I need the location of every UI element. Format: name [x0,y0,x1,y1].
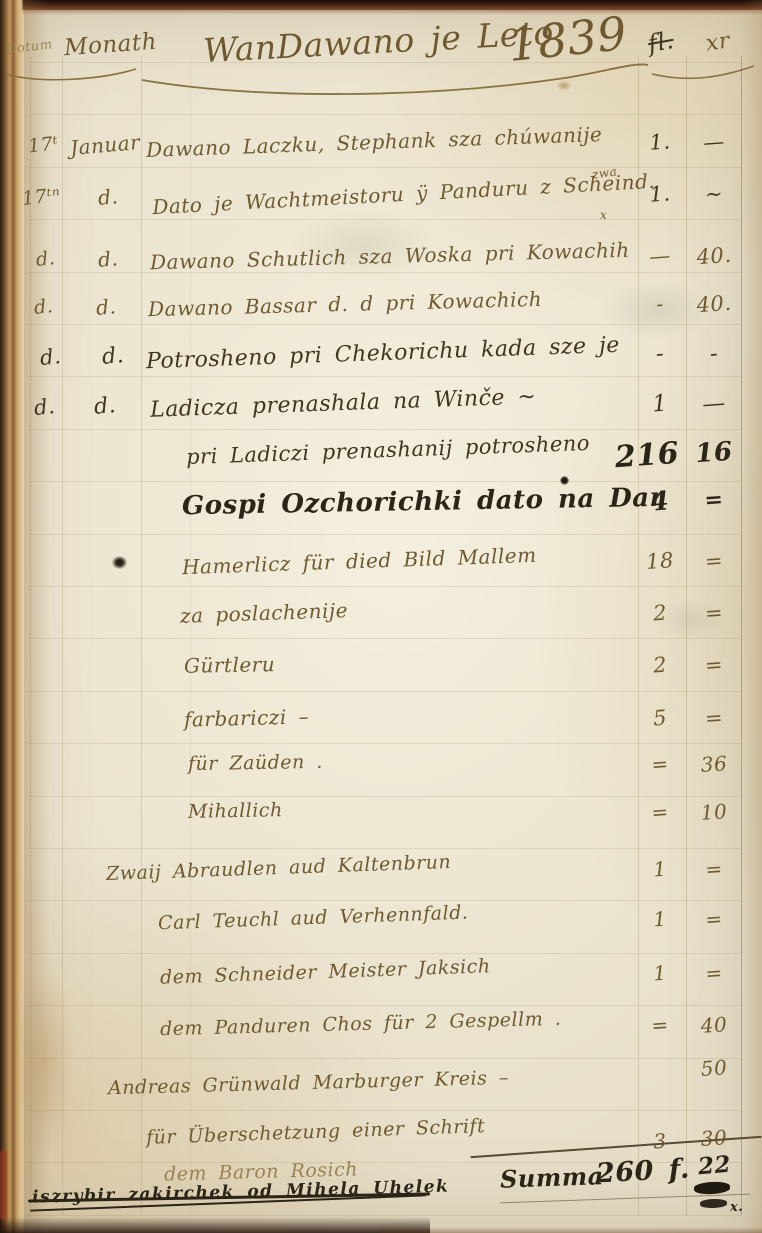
entry-florins: = [633,1011,687,1039]
entry-text: dem Panduren Chos für 2 Gespellm . [160,1008,562,1040]
grid-hline [28,900,741,901]
entry-kreuzer: 10 [687,798,741,826]
entry-day: 17ᵗ [27,132,60,157]
entry-day: d. [33,295,54,319]
entry-kreuzer: = [687,704,741,732]
bleed-through [650,600,730,640]
entry-florins: 1 [633,905,687,933]
grid-vline [741,56,742,1215]
entry-month: Januar [69,130,141,160]
grid-hline [28,743,741,744]
entry-text: Gürtleru [184,652,276,678]
grid-hline [28,953,741,954]
entry-text: za poslachenije [180,598,349,628]
entry-text: farbariczi – [184,704,310,731]
grid-hline [28,796,741,797]
grid-hline [28,848,741,849]
entry-text: Dawano Laczku, Stephank sza chúwanije [146,122,603,162]
bleed-through [600,280,710,340]
entry-text: für Zaüden . [188,751,323,775]
entry-kreuzer: 40 [687,1011,741,1039]
grid-hline [28,1215,741,1216]
entry-text: pri Ladiczi prenashanij potrosheno [186,431,591,469]
entry-text: für Überschetzung einer Schrift [146,1115,486,1149]
entry-kreuzer: 36 [687,750,741,778]
entry-kreuzer: 40. [687,242,741,270]
entry-month: d. [93,393,117,420]
grid-hline [28,376,741,377]
entry-florins: — [633,242,687,270]
summa-kreuzer: 22 [697,1151,732,1181]
entry-kreuzer: = [687,485,741,515]
grid-hline [28,481,741,482]
entry-day: d. [35,247,56,271]
entry-florins: 1 [633,959,687,987]
foxing-stain [14,960,74,1160]
grid-hline [28,1110,741,1111]
ink-blot [694,1181,731,1195]
entry-day: d. [33,394,57,420]
red-binding-mark [0,1150,7,1220]
entry-month: d. [97,246,119,272]
entry-kreuzer: - [687,339,741,369]
grid-hline [28,534,741,535]
ink-speck [560,476,569,485]
entry-text: dem Schneider Meister Jaksich [160,955,491,989]
stain [556,80,572,91]
insertion-caret: x [600,208,607,222]
entry-kreuzer: 16 [687,436,741,470]
entry-text: Ladicza prenashala na Winče ~ [150,384,537,422]
ink-blot [700,1199,727,1209]
ink-speck [112,556,127,569]
entry-text: Carl Teuchl aud Verhennfald. [158,902,469,935]
entry-text: Andreas Grünwald Marburger Kreis – [108,1067,509,1099]
entry-florins: 18 [633,547,687,575]
grid-hline [28,1058,741,1059]
entry-text: Dawano Bassar d. d pri Kowachich [148,287,543,321]
entry-kreuzer: — [687,128,741,156]
grid-hline [28,1005,741,1006]
entry-month: d. [101,343,125,370]
grid-hline [28,167,741,168]
entry-kreuzer: = [687,855,741,883]
entry-florins: 1 [633,389,687,419]
grid-vline [638,56,639,1215]
entry-florins: 216 [611,436,683,476]
grid-hline [28,638,741,639]
summa-label: Summa [500,1161,605,1194]
entry-text: Potrosheno pri Chekorichu kada sze je [146,333,621,375]
book-bottom-edge [0,1217,430,1233]
entry-florins: 1. [633,128,687,156]
entry-florins: 1 [633,855,687,883]
entry-month: d. [95,294,117,320]
entry-kreuzer: ~ [687,180,741,208]
entry-text: Zwaij Abraudlen aud Kaltenbrun [106,851,452,885]
entry-day: d. [39,344,63,370]
grid-hline [28,586,741,587]
entry-text: Gospi Ozchorichki dato na Dar [182,483,664,521]
entry-day: 17ᵗⁿ [21,184,62,210]
entry-kreuzer: = [687,959,741,987]
entry-kreuzer: — [687,389,741,419]
entry-florins: = [633,750,687,778]
entry-text: Dato je Wachtmeistoru ÿ Panduru z Schein… [152,169,656,219]
entry-text: Mihallich [188,799,283,823]
entry-florins: = [633,798,687,826]
header-underline-flourish [0,0,762,120]
grid-hline [28,691,741,692]
summa-mark: x. [730,1200,743,1215]
ledger-page: Dotum Monath WanDawano je Leto 1839 fl. … [0,0,762,1233]
entry-florins: 2 [633,651,687,679]
entry-kreuzer: = [687,547,741,575]
page-right-edge [742,0,762,1233]
entry-kreuzer: = [687,905,741,933]
grid-hline [28,429,741,430]
entry-kreuzer: = [687,651,741,679]
grid-vline [190,56,191,1215]
entry-month: d. [97,184,119,210]
entry-text: Hamerlicz für died Bild Mallem [182,543,537,579]
entry-kreuzer: 50 [687,1054,741,1082]
summa-florins: 260 f. [595,1154,690,1190]
book-bottom-edge-shade [380,1227,762,1233]
entry-florins: 1. [633,180,687,208]
entry-florins: 5 [633,704,687,732]
grid-vline [141,56,142,1215]
entry-florins: 4 [633,485,687,519]
entry-florins: - [633,339,687,369]
bleed-through [290,210,440,280]
